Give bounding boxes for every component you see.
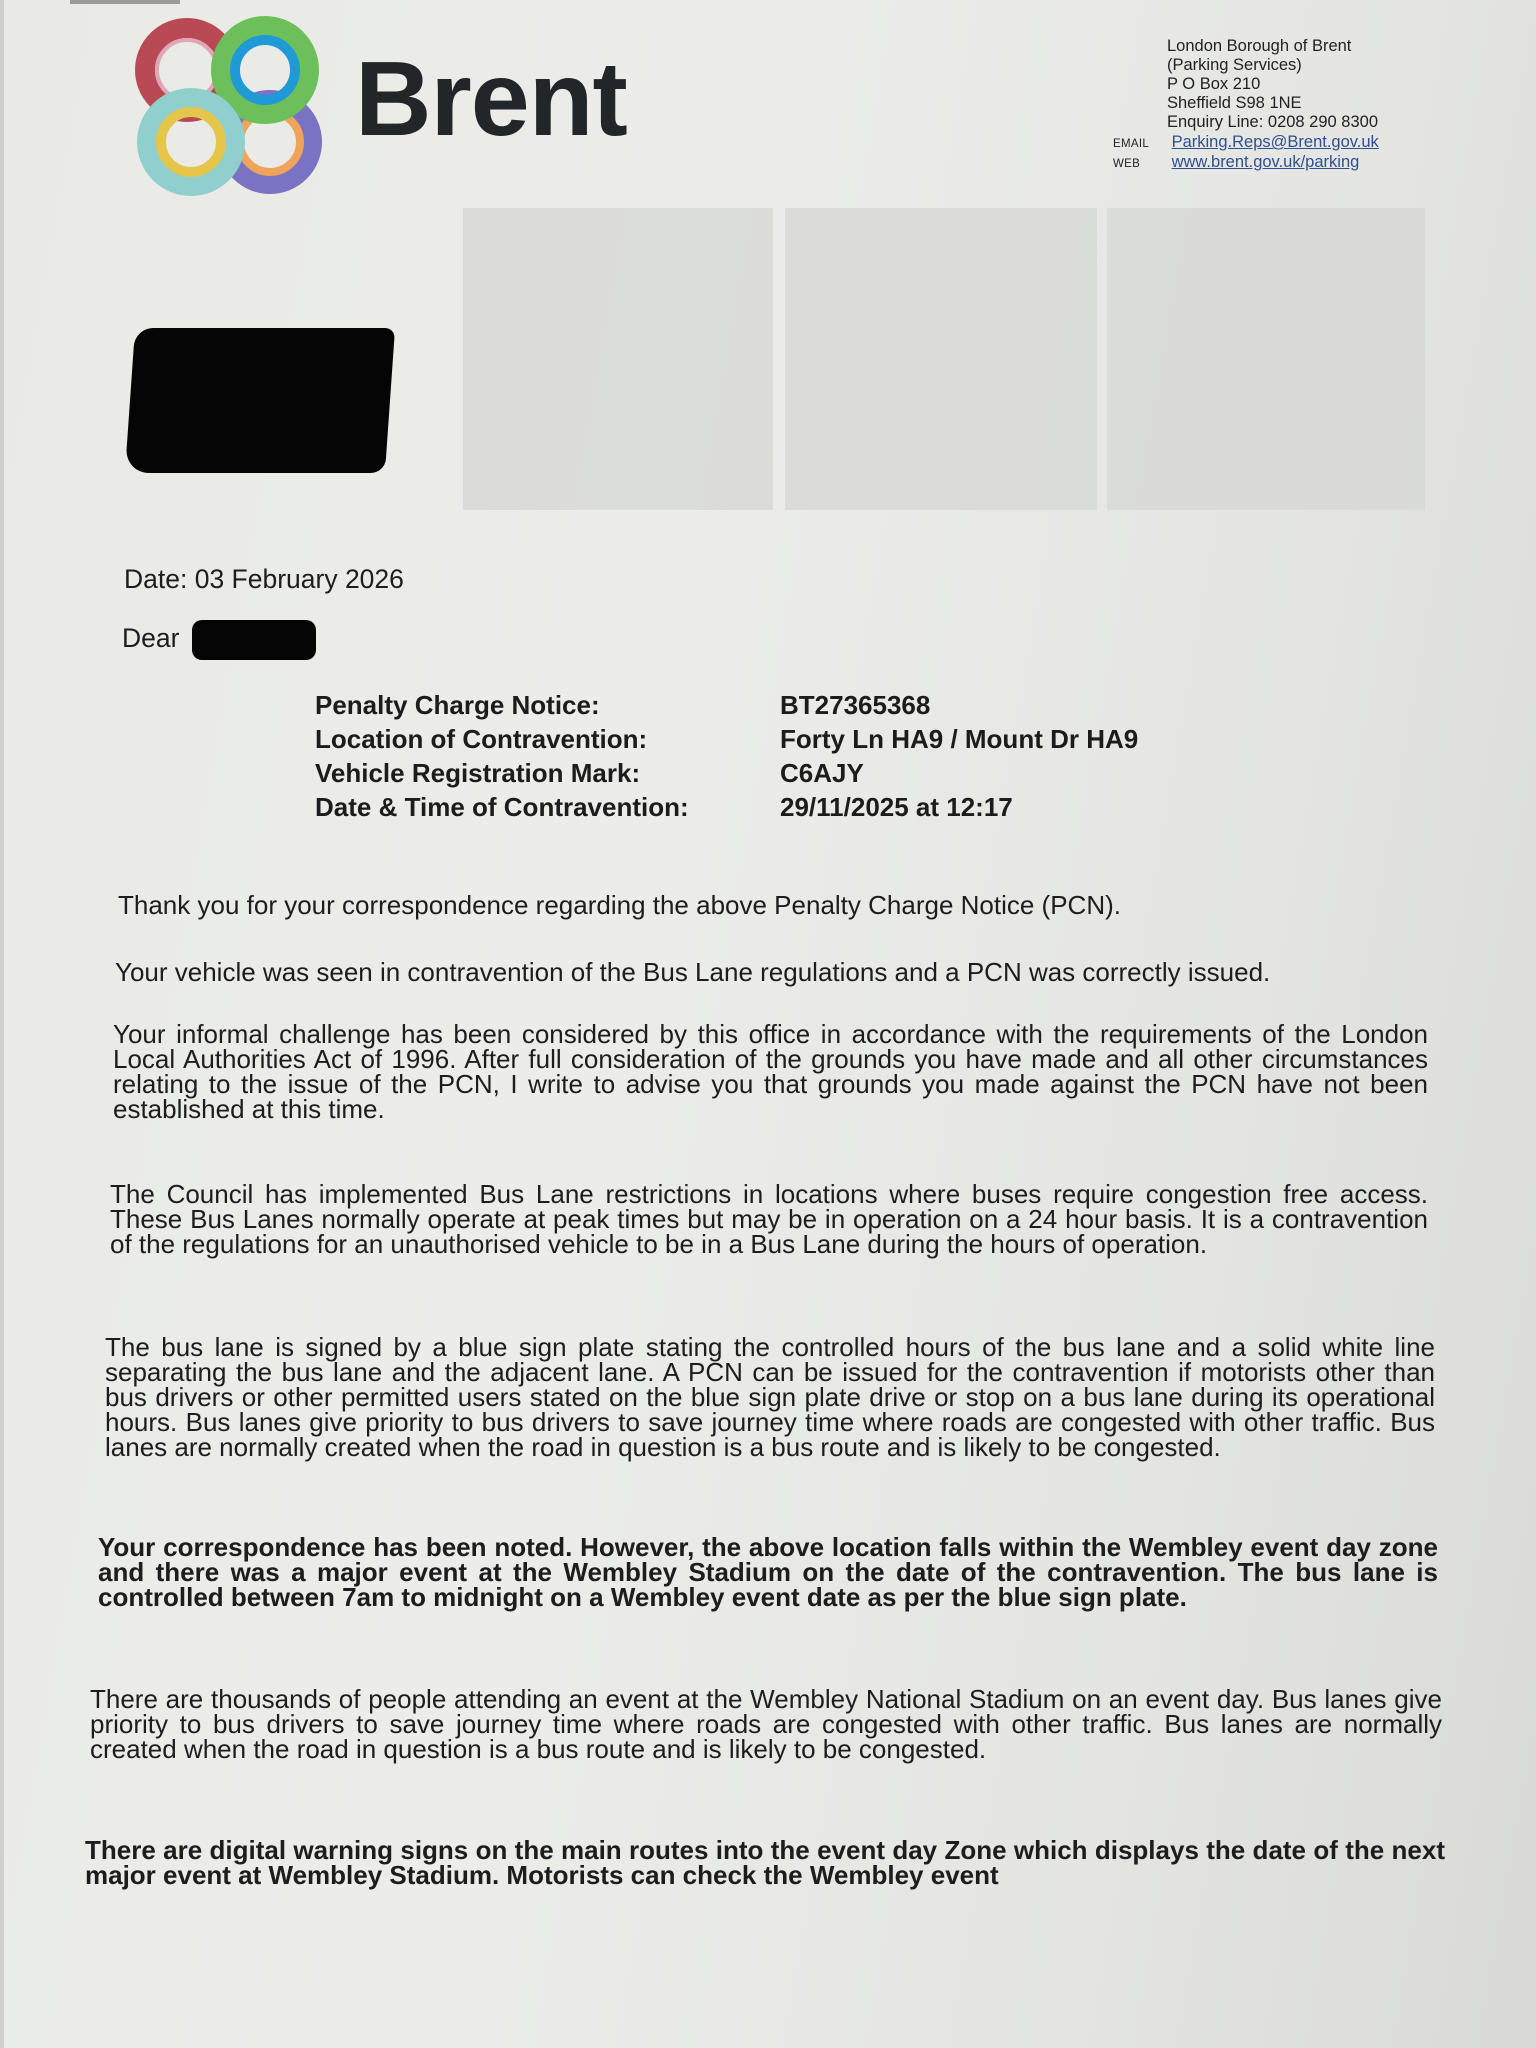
redacted-recipient-address [125, 328, 395, 473]
brent-logo-icon [125, 12, 335, 202]
location-value: Forty Ln HA9 / Mount Dr HA9 [780, 722, 1138, 756]
paragraph-wembley-event: Your correspondence has been noted. Howe… [98, 1535, 1438, 1610]
enquiry-line: Enquiry Line: 0208 290 8300 [1167, 113, 1378, 132]
pcn-number-label: Penalty Charge Notice: [315, 688, 780, 722]
paragraph-warning-signs: There are digital warning signs on the m… [85, 1838, 1445, 1888]
address-line: Sheffield S98 1NE [1167, 94, 1378, 113]
vrm-value: C6AJY [780, 756, 864, 790]
paragraph-contravention: Your vehicle was seen in contravention o… [115, 960, 1455, 985]
vrm-label: Vehicle Registration Mark: [315, 756, 780, 790]
pcn-number-value: BT27365368 [780, 688, 930, 722]
pcn-detail-row: Date & Time of Contravention: 29/11/2025… [315, 790, 1138, 824]
web-label: WEB [1113, 155, 1167, 174]
pcn-detail-row: Vehicle Registration Mark: C6AJY [315, 756, 1138, 790]
pcn-details: Penalty Charge Notice: BT27365368 Locati… [315, 688, 1138, 824]
show-through-image [785, 208, 1097, 510]
brand-name: Brent [355, 46, 627, 152]
letter-date: Date: 03 February 2026 [124, 566, 404, 592]
page-edge [0, 0, 4, 2048]
paragraph-bus-lane-restrictions: The Council has implemented Bus Lane res… [110, 1182, 1428, 1257]
web-row: WEB www.brent.gov.uk/parking [1113, 153, 1359, 174]
paragraph-thanks: Thank you for your correspondence regard… [118, 893, 1448, 918]
paragraph-signage: The bus lane is signed by a blue sign pl… [105, 1335, 1435, 1460]
pcn-detail-row: Location of Contravention: Forty Ln HA9 … [315, 722, 1138, 756]
location-label: Location of Contravention: [315, 722, 780, 756]
datetime-label: Date & Time of Contravention: [315, 790, 780, 824]
show-through-image [463, 208, 773, 510]
address-line: London Borough of Brent [1167, 37, 1378, 56]
address-line: P O Box 210 [1167, 75, 1378, 94]
paper-clip-edge [70, 0, 180, 4]
datetime-value: 29/11/2025 at 12:17 [780, 790, 1013, 824]
sender-address: London Borough of Brent (Parking Service… [1167, 37, 1378, 132]
pcn-detail-row: Penalty Charge Notice: BT27365368 [315, 688, 1138, 722]
show-through-image [1107, 208, 1425, 510]
address-line: (Parking Services) [1167, 56, 1378, 75]
email-row: EMAIL Parking.Reps@Brent.gov.uk [1113, 133, 1379, 154]
paragraph-event-crowds: There are thousands of people attending … [90, 1687, 1442, 1762]
email-label: EMAIL [1113, 135, 1167, 154]
web-link[interactable]: www.brent.gov.uk/parking [1172, 153, 1360, 171]
salutation: Dear [122, 625, 179, 651]
paragraph-challenge-result: Your informal challenge has been conside… [113, 1022, 1428, 1122]
redacted-recipient-name [192, 620, 316, 660]
email-link[interactable]: Parking.Reps@Brent.gov.uk [1172, 133, 1379, 151]
